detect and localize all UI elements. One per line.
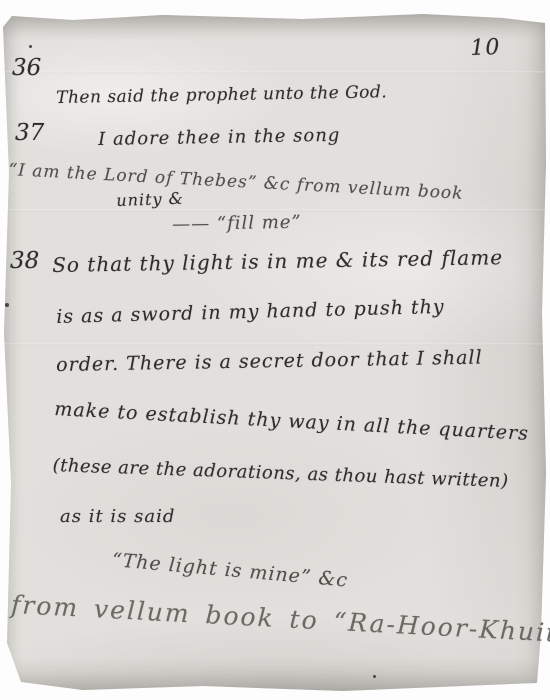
ink-speck <box>29 45 32 48</box>
verse-37-interlinear-unity: unity & <box>116 189 184 210</box>
scan-background: 10 36 Then said the prophet unto the God… <box>0 0 550 700</box>
paper-crease <box>3 71 546 74</box>
ink-speck <box>5 303 9 307</box>
verse-36-number: 36 <box>12 55 41 81</box>
verse-37-number: 37 <box>15 120 44 146</box>
verse-37-line-1: I adore thee in the song <box>98 125 341 150</box>
verse-37-line-fill-me: —— “fill me” <box>172 212 302 235</box>
verse-38-line-6: as it is said <box>60 506 175 527</box>
page-number: 10 <box>470 35 501 61</box>
paper-crease <box>3 343 546 346</box>
verse-38-number: 38 <box>10 248 39 274</box>
ink-speck <box>4 419 8 423</box>
ink-speck <box>373 675 376 678</box>
